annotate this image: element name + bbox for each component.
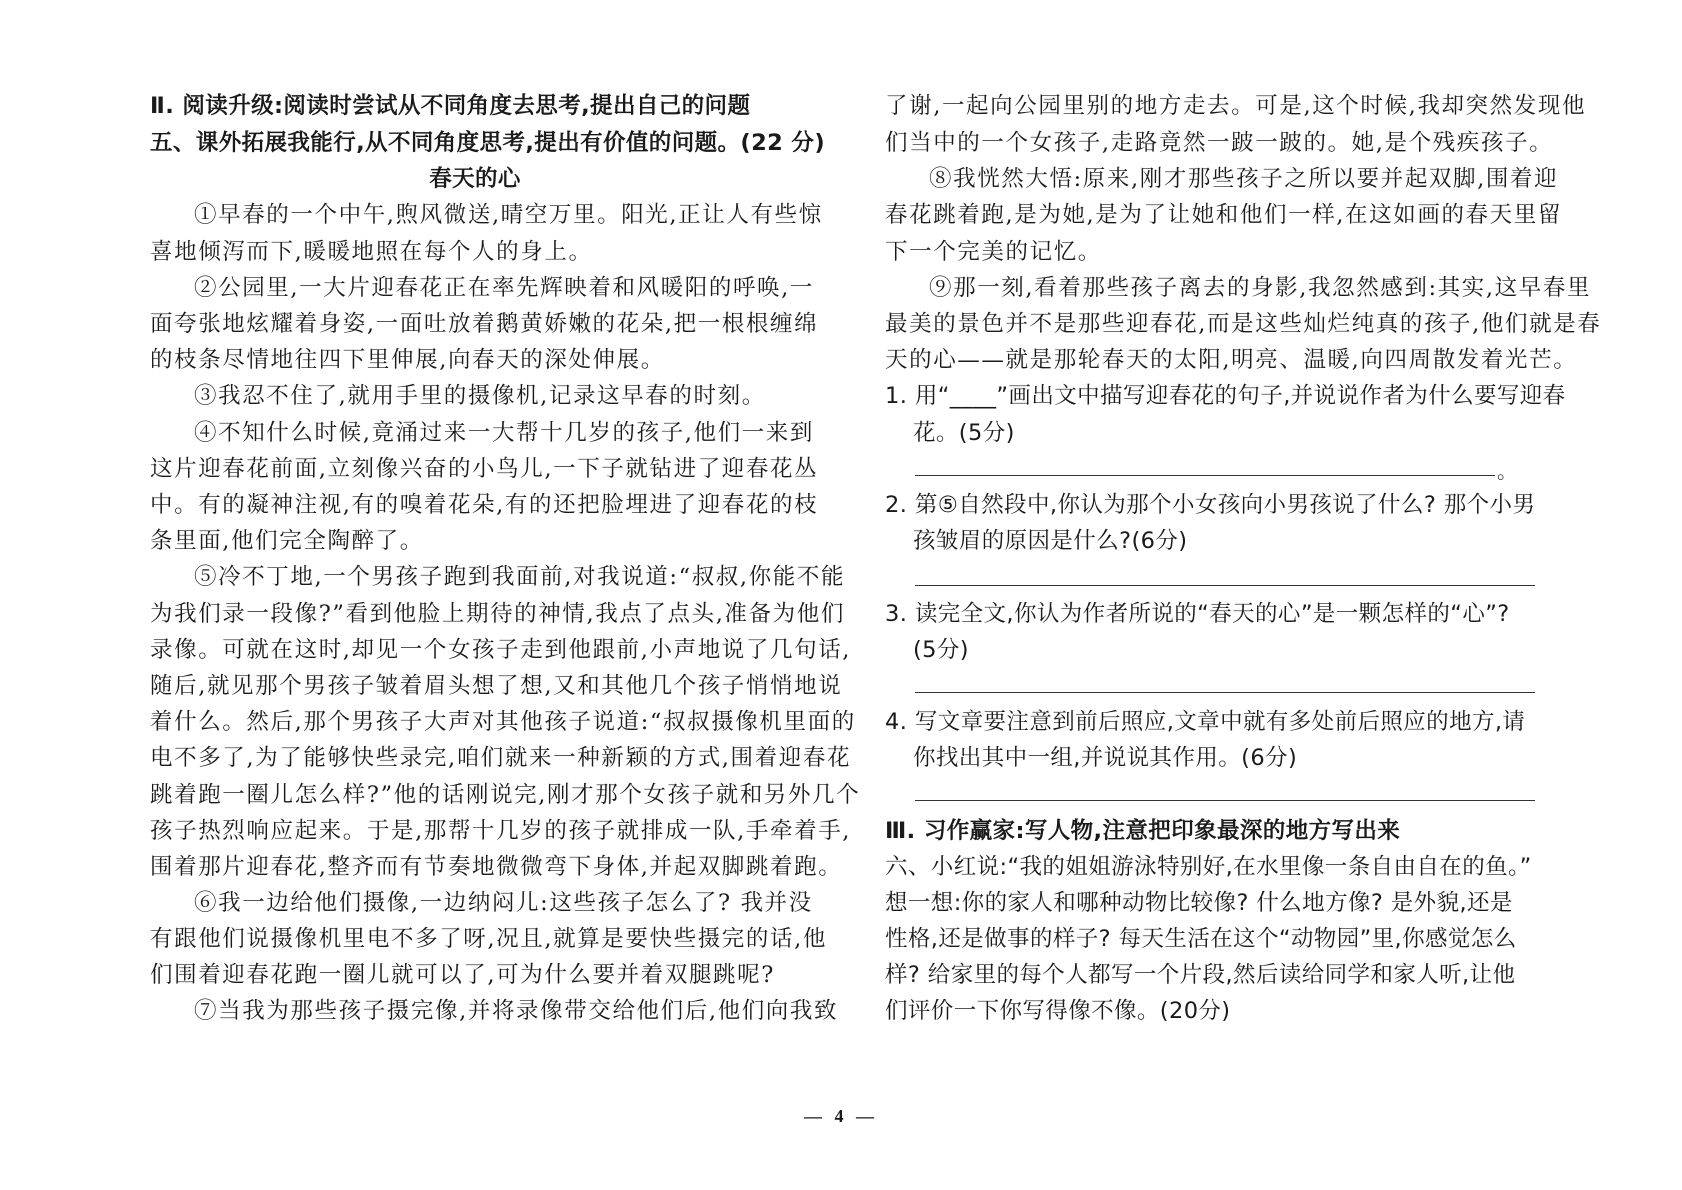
task-6-line: 性格,还是做事的样子? 每天生活在这个“动物园”里,你感觉怎么 — [885, 924, 1517, 954]
answer-line-2[interactable] — [915, 585, 1535, 586]
paragraph-line: ⑨那一刻,看着那些孩子离去的身影,我忽然感到:其实,这早春里 — [885, 273, 1591, 303]
question-2-line1: 2. 第⑤自然段中,你认为那个小女孩向小男孩说了什么? 那个小男 — [885, 490, 1535, 520]
paragraph-line: ⑧我恍然大悟:原来,刚才那些孩子之所以要并起双脚,围着迎 — [885, 164, 1558, 194]
question-4-line2: 你找出其中一组,并说说其作用。(6分) — [885, 743, 1297, 773]
paragraph-line: 最美的景色并不是那些迎春花,而是这些灿烂纯真的孩子,他们就是春 — [885, 309, 1601, 339]
paragraph-line: 随后,就见那个男孩子皱着眉头想了想,又和其他几个孩子悄悄地说 — [150, 671, 842, 701]
task-6-line: 六、小红说:“我的姐姐游泳特别好,在水里像一条自由自在的鱼。” — [885, 852, 1532, 882]
paragraph-line: 为我们录一段像?”看到他脸上期待的神情,我点了点头,准备为他们 — [150, 599, 845, 629]
paragraph-line: 的枝条尽情地往四下里伸展,向春天的深处伸展。 — [150, 345, 665, 375]
paragraph-line: 着什么。然后,那个男孩子大声对其他孩子说道:“叔叔摄像机里面的 — [150, 707, 856, 737]
paragraph-line: 了谢,一起向公园里别的地方走去。可是,这个时候,我却突然发现他 — [885, 91, 1586, 121]
paragraph-line: 面夸张地炫耀着身姿,一面吐放着鹅黄娇嫩的花朵,把一根根缠绵 — [150, 309, 818, 339]
answer-end-mark: 。 — [1497, 455, 1517, 484]
article-title: 春天的心 — [150, 164, 800, 194]
paragraph-line: 跳着跑一圈儿怎么样?”他的话刚说完,刚才那个女孩子就和另外几个 — [150, 780, 860, 810]
page-number: — 4 — — [0, 1106, 1682, 1127]
paragraph-line: 条里面,他们完全陶醉了。 — [150, 526, 424, 556]
paragraph-line: ⑥我一边给他们摄像,一边纳闷儿:这些孩子怎么了? 我并没 — [150, 888, 813, 918]
paragraph-line: 有跟他们说摄像机里电不多了呀,况且,就算是要快些摄完的话,他 — [150, 924, 827, 954]
task-6-line: 们评价一下你写得像不像。(20分) — [885, 996, 1231, 1026]
paragraph-line: 孩子热烈响应起来。于是,那帮十几岁的孩子就排成一队,手牵着手, — [150, 816, 851, 846]
task-5-heading: 五、课外拓展我能行,从不同角度思考,提出有价值的问题。(22 分) — [150, 128, 825, 158]
paragraph-line: ②公园里,一大片迎春花正在率先辉映着和风暖阳的呼唤,一 — [150, 273, 814, 303]
answer-line-3[interactable] — [915, 692, 1535, 693]
task-6-line: 想一想:你的家人和哪种动物比较像? 什么地方像? 是外貌,还是 — [885, 888, 1513, 918]
question-1-line2: 花。(5分) — [885, 418, 1015, 448]
task-6-line: 样? 给家里的每个人都写一个片段,然后读给同学和家人听,让他 — [885, 960, 1515, 990]
paragraph-line: 围着那片迎春花,整齐而有节奏地微微弯下身体,并起双脚跳着跑。 — [150, 852, 842, 882]
question-4-line1: 4. 写文章要注意到前后照应,文章中就有多处前后照应的地方,请 — [885, 707, 1525, 737]
section-2-heading: Ⅱ. 阅读升级:阅读时尝试从不同角度去思考,提出自己的问题 — [150, 91, 750, 121]
answer-line-4[interactable] — [915, 800, 1535, 801]
paragraph-line: 电不多了,为了能够快些录完,咱们就来一种新颖的方式,围着迎春花 — [150, 743, 851, 773]
question-1-line1: 1. 用“____”画出文中描写迎春花的句子,并说说作者为什么要写迎春 — [885, 381, 1566, 411]
paragraph-line: ⑤冷不丁地,一个男孩子跑到我面前,对我说道:“叔叔,你能不能 — [150, 562, 845, 592]
paragraph-line: 下一个完美的记忆。 — [885, 237, 1102, 267]
section-3-heading: Ⅲ. 习作赢家:写人物,注意把印象最深的地方写出来 — [885, 816, 1400, 846]
question-3-line1: 3. 读完全文,你认为作者所说的“春天的心”是一颗怎样的“心”? — [885, 599, 1510, 629]
paragraph-line: ⑦当我为那些孩子摄完像,并将录像带交给他们后,他们向我致 — [150, 996, 838, 1026]
paragraph-line: 们当中的一个女孩子,走路竟然一跛一跛的。她,是个残疾孩子。 — [885, 128, 1553, 158]
paragraph-line: 中。有的凝神注视,有的嗅着花朵,有的还把脸埋进了迎春花的枝 — [150, 490, 818, 520]
paragraph-line: 喜地倾泻而下,暖暖地照在每个人的身上。 — [150, 237, 593, 267]
paragraph-line: 录像。可就在这时,却见一个女孩子走到他跟前,小声地说了几句话, — [150, 635, 851, 665]
answer-line-1[interactable] — [915, 475, 1495, 476]
question-3-line2: (5分) — [885, 635, 969, 665]
paragraph-line: ④不知什么时候,竟涌过来一大帮十几岁的孩子,他们一来到 — [150, 418, 814, 448]
paragraph-line: 们围着迎春花跑一圈儿就可以了,可为什么要并着双腿跳呢? — [150, 960, 775, 990]
paragraph-line: 这片迎春花前面,立刻像兴奋的小鸟儿,一下子就钻进了迎春花丛 — [150, 454, 818, 484]
paragraph-line: ①早春的一个中午,煦风微送,晴空万里。阳光,正让人有些惊 — [150, 200, 823, 230]
paragraph-line: 春花跳着跑,是为她,是为了让她和他们一样,在这如画的春天里留 — [885, 200, 1562, 230]
paragraph-line: 天的心——就是那轮春天的太阳,明亮、温暖,向四周散发着光芒。 — [885, 345, 1577, 375]
question-2-line2: 孩皱眉的原因是什么?(6分) — [885, 526, 1187, 556]
paragraph-line: ③我忍不住了,就用手里的摄像机,记录这早春的时刻。 — [150, 381, 766, 411]
